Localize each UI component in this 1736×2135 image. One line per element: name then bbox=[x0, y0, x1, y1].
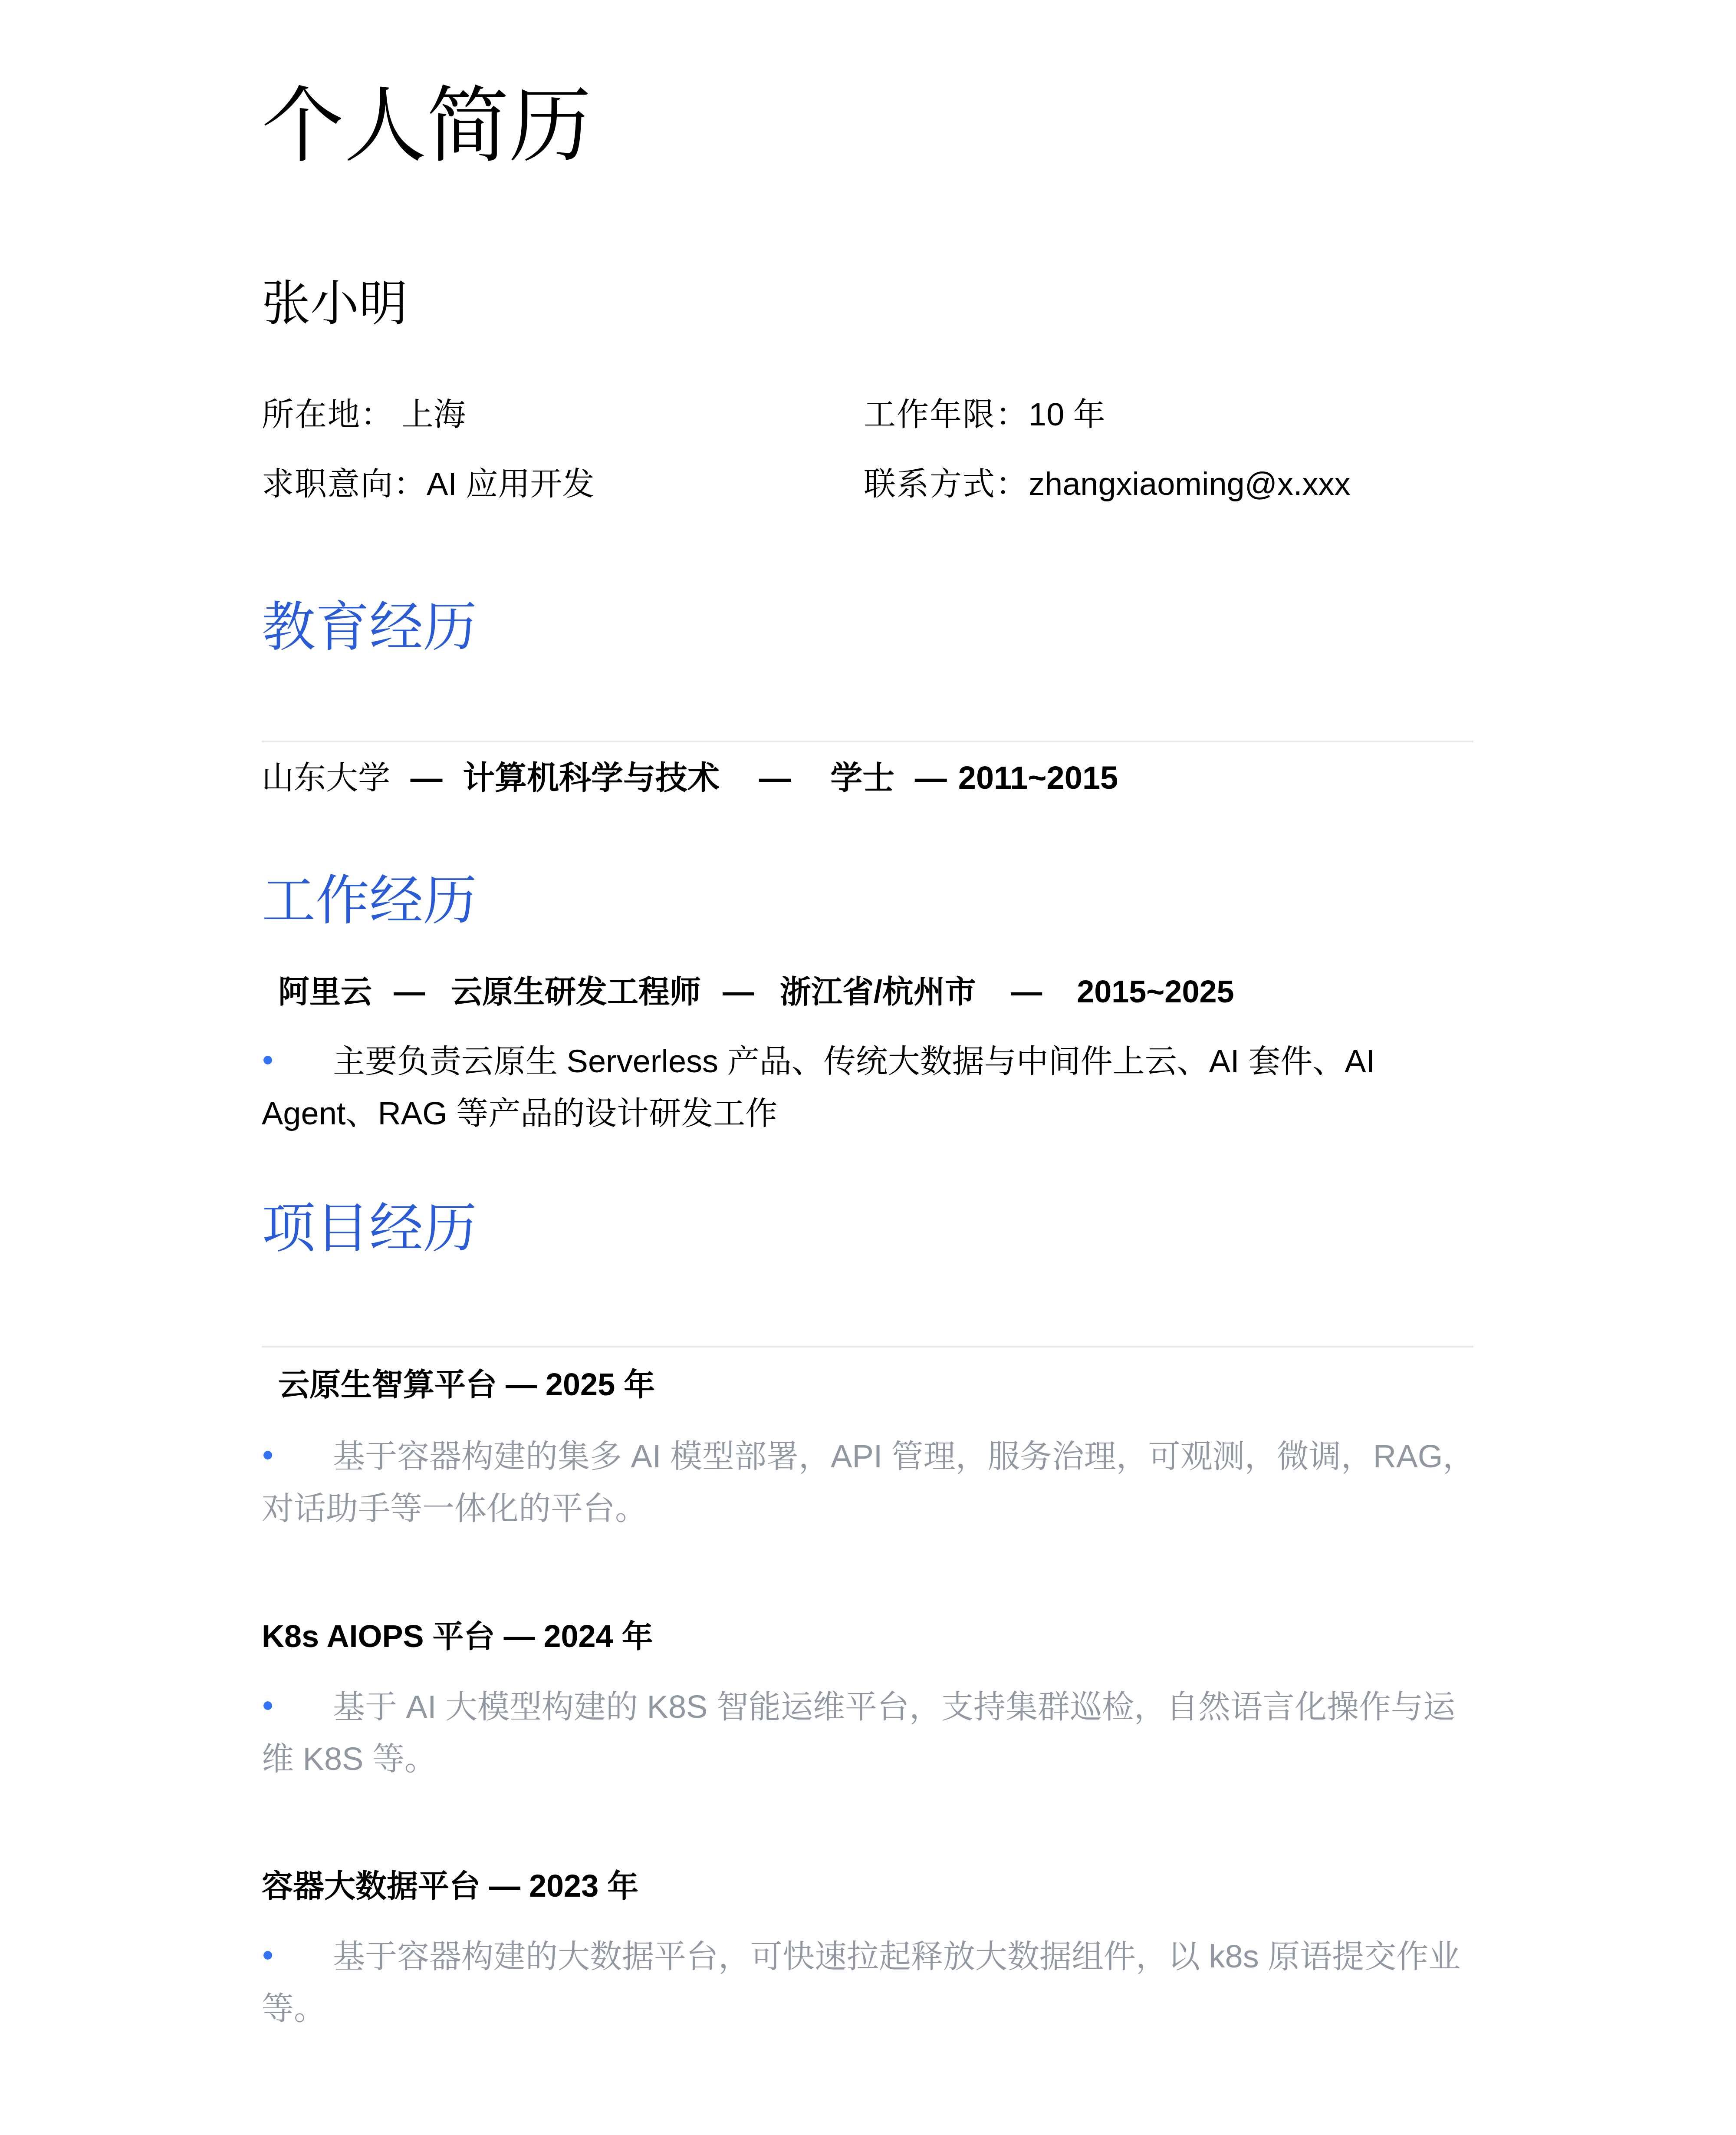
separator: — bbox=[915, 760, 947, 796]
education-entry: 山东大学 — 计算机科学与技术 — 学士 —2011~2015 bbox=[262, 756, 1118, 800]
work-company: 阿里云 bbox=[278, 975, 372, 1009]
project-desc-line2: 等。 bbox=[262, 1983, 1473, 2035]
separator: — bbox=[723, 975, 754, 1009]
education-major: 计算机科学与技术 bbox=[463, 760, 720, 796]
work-location: 浙江省/杭州市 bbox=[780, 975, 976, 1009]
document-title: 个人简历 bbox=[262, 74, 592, 178]
work-bullet-text-line1: 主要负责云原生 Serverless 产品、传统大数据与中间件上云、AI 套件、… bbox=[333, 1043, 1375, 1079]
bullet-icon bbox=[263, 1701, 272, 1710]
project-title: 云原生智算平台 — 2025 年 bbox=[278, 1363, 655, 1407]
years-value: 10 年 bbox=[1029, 396, 1105, 432]
project-desc-line2: 对话助手等一体化的平台。 bbox=[262, 1483, 1473, 1535]
project-title: 容器大数据平台 — 2023 年 bbox=[262, 1865, 638, 1908]
work-bullet-text-line2: Agent、RAG 等产品的设计研发工作 bbox=[262, 1087, 1473, 1140]
bullet-icon bbox=[263, 1056, 272, 1064]
bullet-icon bbox=[263, 1451, 272, 1460]
projects-heading: 项目经历 bbox=[262, 1194, 477, 1263]
years-label: 工作年限： bbox=[864, 396, 1029, 432]
work-bullet: 主要负责云原生 Serverless 产品、传统大数据与中间件上云、AI 套件、… bbox=[262, 1035, 1473, 1140]
intent-value: AI 应用开发 bbox=[427, 466, 594, 502]
education-period: 2011~2015 bbox=[958, 760, 1118, 796]
project-desc-line1: 基于容器构建的大数据平台，可快速拉起释放大数据组件，以 k8s 原语提交作业 bbox=[333, 1938, 1460, 1974]
education-divider bbox=[262, 741, 1473, 742]
separator: — bbox=[1011, 975, 1042, 1009]
work-heading: 工作经历 bbox=[262, 866, 477, 936]
project-title: K8s AIOPS 平台 — 2024 年 bbox=[262, 1615, 653, 1658]
intent-label: 求职意向： bbox=[262, 466, 427, 502]
work-period: 2015~2025 bbox=[1077, 975, 1234, 1009]
education-heading: 教育经历 bbox=[262, 593, 477, 662]
intent-field: 求职意向：AI 应用开发 bbox=[262, 462, 594, 506]
project-desc-line1: 基于 AI 大模型构建的 K8S 智能运维平台，支持集群巡检，自然语言化操作与运 bbox=[333, 1689, 1455, 1725]
work-entry-header: 阿里云 — 云原生研发工程师 — 浙江省/杭州市 — 2015~2025 bbox=[278, 970, 1234, 1014]
location-field: 所在地：上海 bbox=[262, 393, 466, 436]
project-desc-line1: 基于容器构建的集多 AI 模型部署，API 管理，服务治理，可观测，微调，RAG… bbox=[333, 1438, 1475, 1474]
contact-field: 联系方式：zhangxiaoming@x.xxx bbox=[864, 462, 1350, 506]
work-role: 云原生研发工程师 bbox=[451, 975, 701, 1009]
project-bullet: 基于容器构建的大数据平台，可快速拉起释放大数据组件，以 k8s 原语提交作业 等… bbox=[262, 1931, 1473, 2035]
separator: — bbox=[411, 760, 443, 796]
years-field: 工作年限：10 年 bbox=[864, 393, 1105, 436]
project-bullet: 基于容器构建的集多 AI 模型部署，API 管理，服务治理，可观测，微调，RAG… bbox=[262, 1430, 1473, 1535]
contact-email[interactable]: zhangxiaoming@x.xxx bbox=[1029, 466, 1350, 502]
project-desc-line2: 维 K8S 等。 bbox=[262, 1733, 1473, 1785]
location-value: 上海 bbox=[401, 396, 466, 432]
location-label: 所在地： bbox=[262, 396, 394, 432]
person-name: 张小明 bbox=[262, 271, 408, 336]
contact-label: 联系方式： bbox=[864, 466, 1029, 502]
separator: — bbox=[759, 760, 791, 796]
projects-divider bbox=[262, 1346, 1473, 1348]
bullet-icon bbox=[263, 1951, 272, 1960]
education-degree: 学士 bbox=[830, 760, 894, 796]
project-bullet: 基于 AI 大模型构建的 K8S 智能运维平台，支持集群巡检，自然语言化操作与运… bbox=[262, 1681, 1473, 1785]
separator: — bbox=[394, 975, 425, 1009]
education-school: 山东大学 bbox=[262, 760, 390, 796]
